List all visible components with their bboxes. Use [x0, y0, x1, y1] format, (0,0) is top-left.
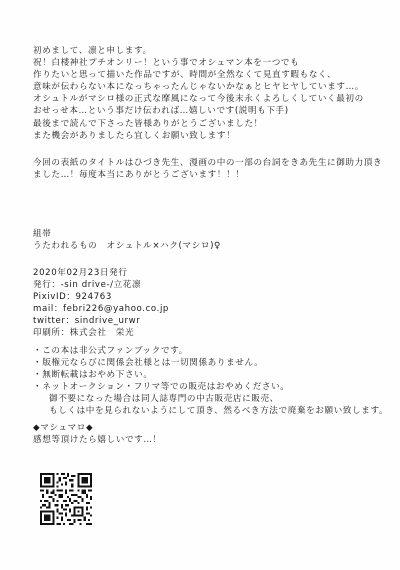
notice-line: ・この本は非公式ファンブックです。	[33, 345, 388, 357]
publish-date: 2020年02月23日発行	[33, 267, 169, 279]
cover-credit-line: 今回の表紙のタイトルはひづき先生、漫画の中の一部の台詞をきあ先生に御助力頂き	[33, 157, 382, 169]
afterword-section: 初めまして、凛と申します。 祝！白楼神社プチオンリー！という事でオシュマン本を一…	[33, 45, 364, 142]
afterword-line: 意味が伝わらない本になっちゃったんじゃないかなぁとヒヤヒヤしています…。	[33, 81, 364, 93]
genre-label: 組帯	[33, 228, 221, 240]
marshmallow-text: 感想等頂けたら嬉しいです…！	[33, 434, 162, 446]
mail-address: mail：febri226@yahoo.co.jp	[33, 303, 169, 315]
notices-section: ・この本は非公式ファンブックです。 ・版権元ならびに関係会社様とは一切関係ありま…	[33, 345, 388, 418]
marshmallow-section: ◆マシュマロ◆ 感想等頂けたら嬉しいです…！	[33, 422, 162, 446]
afterword-line: 祝！白楼神社プチオンリー！という事でオシュマン本を一つでも	[33, 57, 364, 69]
publisher: 発行：-sin drive-/立花凛	[33, 279, 169, 291]
genre-section: 組帯 うたわれるもの オシュトル×ハク(マシロ)♀	[33, 228, 221, 252]
printer: 印刷所：株式会社 栄光	[33, 327, 169, 339]
book-colophon-page: 初めまして、凛と申します。 祝！白楼神社プチオンリー！という事でオシュマン本を一…	[0, 0, 400, 570]
afterword-line: オシュトルがマシロ様の正式な摩風になって今後末永くよろしくしていく最初の	[33, 93, 364, 105]
marshmallow-heading: ◆マシュマロ◆	[33, 422, 162, 434]
afterword-line: おせっせ本…という事だけ伝われば…嬉しいです(説明も下手)	[33, 105, 364, 117]
genre-title: うたわれるもの オシュトル×ハク(マシロ)♀	[33, 240, 221, 252]
colophon-section: 2020年02月23日発行 発行：-sin drive-/立花凛 PixivID…	[33, 267, 169, 340]
cover-credit-line: ました…！毎度本当にありがとうございます！！！	[33, 169, 382, 181]
notice-line: ・版権元ならびに関係会社様とは一切関係ありません。	[33, 357, 388, 369]
afterword-line: 初めまして、凛と申します。	[33, 45, 364, 57]
twitter-handle: twitter：sindrive_urwr	[33, 315, 169, 327]
notice-line-indented: 御不要になった場合は同人誌専門の中古販売店に販売、	[33, 393, 388, 405]
pixiv-id: PixivID：924763	[33, 291, 169, 303]
afterword-line: 最後まで読んで下さった皆様ありがとうございました！	[33, 118, 364, 130]
cover-credit-section: 今回の表紙のタイトルはひづき先生、漫画の中の一部の台詞をきあ先生に御助力頂き ま…	[33, 157, 382, 181]
notice-line: ・無断転載はおやめ下さい。	[33, 369, 388, 381]
notice-line-indented: もしくは中を見られないようにして頂き、然るべき方法で廃棄をお願い致します。	[33, 405, 388, 417]
notice-line: ・ネットオークション・フリマ等での販売はおやめください。	[33, 381, 388, 393]
qr-code-icon	[40, 473, 92, 525]
afterword-line: 作りたいと思って描いた作品ですが、時間が全然なくて見直す暇もなく、	[33, 69, 364, 81]
afterword-line: また機会がありましたら宜しくお願い致します！	[33, 130, 364, 142]
